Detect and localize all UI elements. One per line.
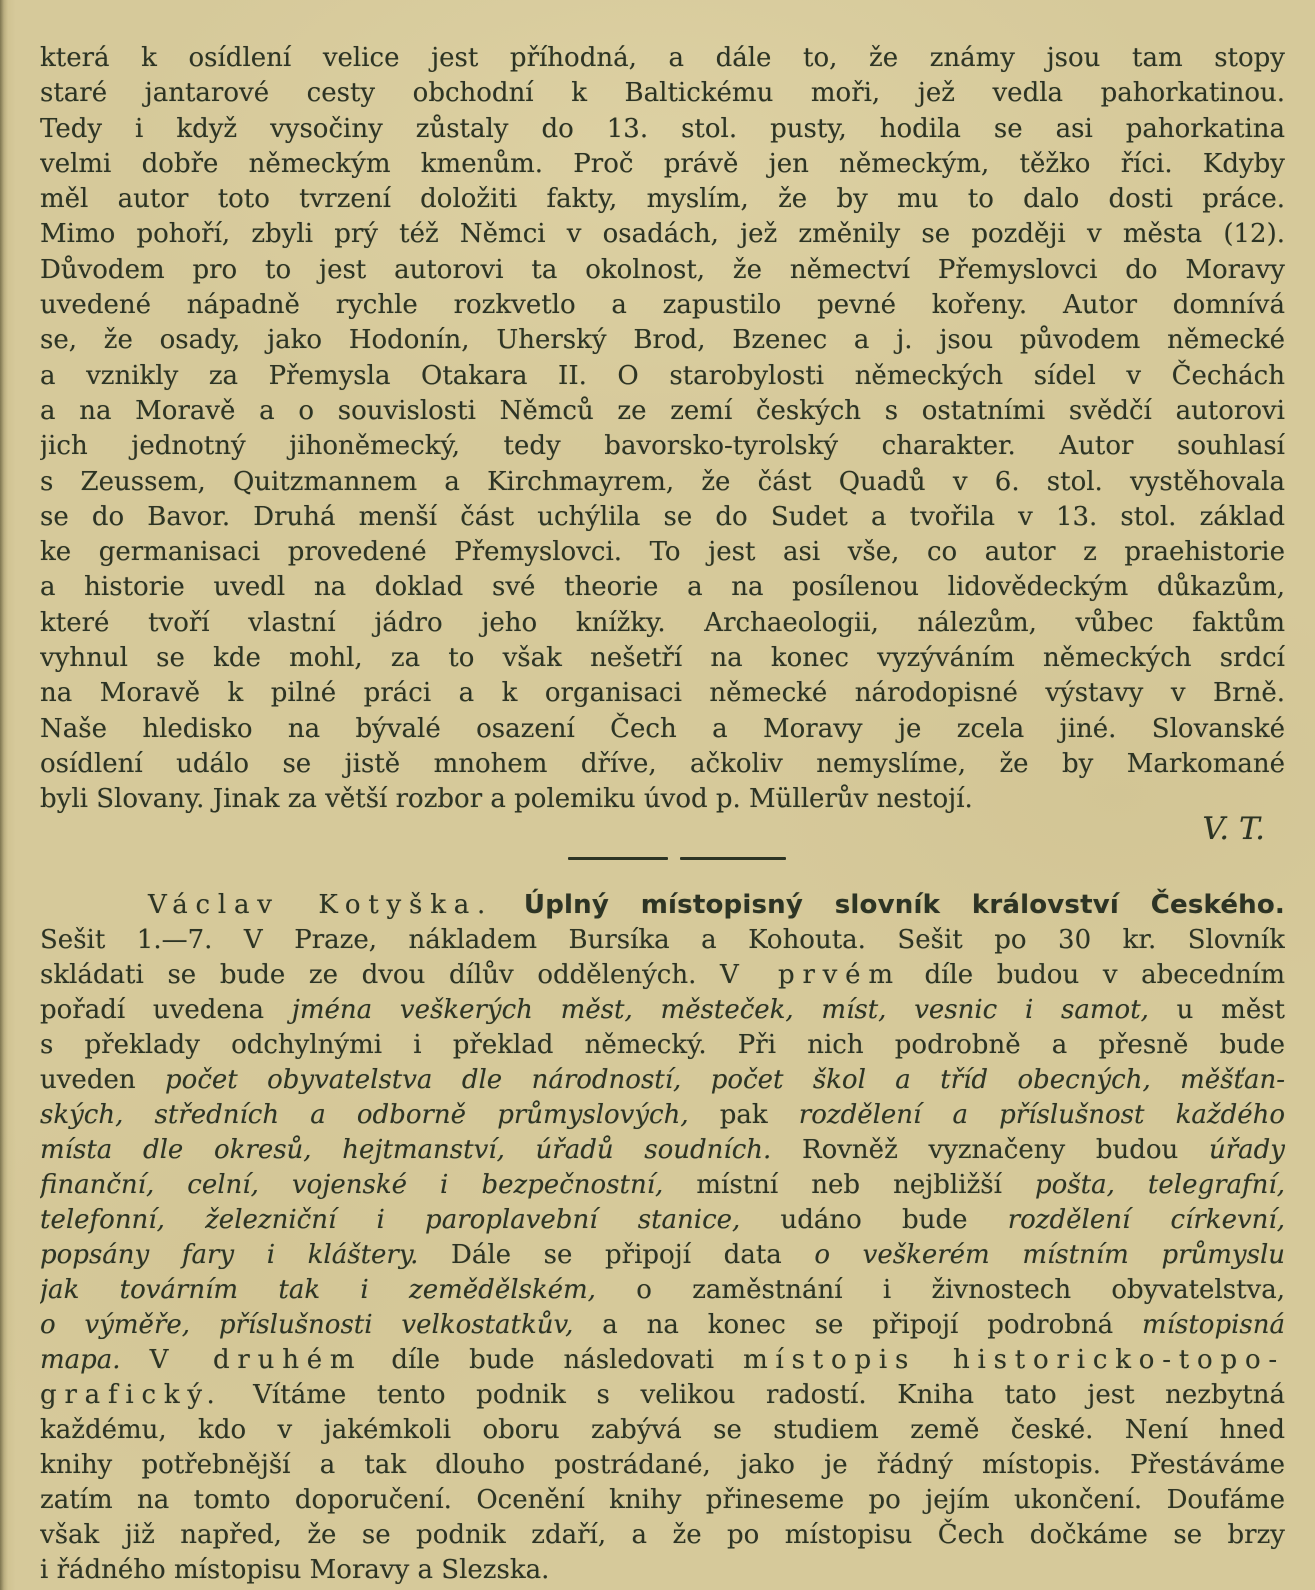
text-line: s Zeussem, Quitzmannem a Kirchmayrem, že… bbox=[40, 465, 1285, 500]
text-line: Sešit 1.—7. V Praze, nákladem Bursíka a … bbox=[40, 923, 1285, 958]
text-segment: skládati se bude ze dvou dílův oddělenýc… bbox=[40, 960, 720, 990]
italic-text-segment: rozdělení a příslušnost každého bbox=[799, 1100, 1285, 1130]
review-paragraph-vt: která k osídlení velice jest příhodná, a… bbox=[40, 41, 1285, 818]
italic-text-segment: telefonní, železniční i paroplavební sta… bbox=[40, 1205, 740, 1235]
text-segment: na Moravě k pilné práci a k organisaci n… bbox=[40, 678, 1285, 708]
review-paragraph-kotyska: Václav Kotyška. Úplný místopisný slovník… bbox=[40, 888, 1285, 1588]
text-segment: byli Slovany. Jinak za větší rozbor a po… bbox=[40, 784, 973, 814]
text-segment: které tvoří vlastní jádro jeho knížky. A… bbox=[40, 608, 1285, 638]
text-segment: Mimo pohoří, zbyli prý též Němci v osadá… bbox=[40, 219, 1285, 249]
text-line: jak továrním tak i zemědělském, o zaměst… bbox=[40, 1273, 1285, 1308]
text-line: knihy potřebnější a tak dlouho postrádan… bbox=[40, 1448, 1285, 1483]
text-line: měl autor toto tvrzení doložiti fakty, m… bbox=[40, 182, 1285, 217]
text-line: staré jantarové cesty obchodní k Baltick… bbox=[40, 76, 1285, 111]
text-segment bbox=[493, 890, 524, 920]
letterspaced-text-segment: grafický. bbox=[40, 1380, 223, 1410]
italic-text-segment: finanční, celní, vojenské i bezpečnostní… bbox=[40, 1170, 663, 1200]
text-line: i řádného místopisu Moravy a Slezska. bbox=[40, 1553, 1285, 1588]
text-segment: Vítáme tento podnik s velikou radostí. K… bbox=[223, 1380, 1285, 1410]
text-segment: Naše hledisko na bývalé osazení Čech a M… bbox=[40, 714, 1285, 744]
text-segment: knihy potřebnější a tak dlouho postrádan… bbox=[40, 1450, 1285, 1480]
italic-text-segment: místa dle okresů, hejtmanství, úřadů sou… bbox=[40, 1135, 771, 1165]
text-segment: uveden bbox=[40, 1065, 165, 1095]
letterspaced-text-segment: V prvém bbox=[720, 960, 901, 990]
text-segment: velmi dobře německým kmenům. Proč právě … bbox=[40, 149, 1285, 179]
text-line: a vznikly za Přemysla Otakara II. O star… bbox=[40, 359, 1285, 394]
section-divider bbox=[54, 846, 1299, 872]
text-line: velmi dobře německým kmenům. Proč právě … bbox=[40, 147, 1285, 182]
text-line: která k osídlení velice jest příhodná, a… bbox=[40, 41, 1285, 76]
text-line: a na Moravě a o souvislosti Němců ze zem… bbox=[40, 394, 1285, 429]
text-segment: Rovněž vyznačeny budou bbox=[771, 1135, 1209, 1165]
text-line: se do Bavor. Druhá menší část uchýlila s… bbox=[40, 500, 1285, 535]
text-line: Václav Kotyška. Úplný místopisný slovník… bbox=[40, 888, 1285, 923]
text-segment: se, že osady, jako Hodonín, Uherský Brod… bbox=[40, 325, 1285, 355]
text-segment: jich jednotný jihoněmecký, tedy bavorsko… bbox=[40, 431, 1285, 461]
text-line: osídlení událo se jistě mnohem dříve, ač… bbox=[40, 747, 1285, 782]
italic-text-segment: pošta, telegrafní, bbox=[1035, 1170, 1285, 1200]
text-segment: u měst bbox=[1149, 995, 1285, 1025]
text-line: Tedy i když vysočiny zůstaly do 13. stol… bbox=[40, 112, 1285, 147]
text-segment: s překlady odchylnými i překlad německý.… bbox=[40, 1030, 1285, 1060]
text-segment: osídlení událo se jistě mnohem dříve, ač… bbox=[40, 749, 1285, 779]
text-line: místa dle okresů, hejtmanství, úřadů sou… bbox=[40, 1133, 1285, 1168]
text-line: však již napřed, že se podnik zdaří, a ž… bbox=[40, 1518, 1285, 1553]
page-content: která k osídlení velice jest příhodná, a… bbox=[40, 41, 1285, 1588]
text-line: popsány fary i kláštery. Dále se připojí… bbox=[40, 1238, 1285, 1273]
text-line: a historie uvedl na doklad své theorie a… bbox=[40, 570, 1285, 605]
text-segment: a na Moravě a o souvislosti Němců ze zem… bbox=[40, 396, 1285, 426]
text-line: vyhnul se kde mohl, za to však nešetří n… bbox=[40, 641, 1285, 676]
text-segment: však již napřed, že se podnik zdaří, a ž… bbox=[40, 1520, 1285, 1550]
italic-text-segment: úřady bbox=[1209, 1135, 1285, 1165]
text-line: telefonní, železniční i paroplavební sta… bbox=[40, 1203, 1285, 1238]
text-line: grafický. Vítáme tento podnik s velikou … bbox=[40, 1378, 1285, 1413]
italic-text-segment: počet obyvatelstva dle národností, počet… bbox=[165, 1065, 1285, 1095]
text-line: Mimo pohoří, zbyli prý též Němci v osadá… bbox=[40, 217, 1285, 252]
italic-text-segment: popsány fary i kláštery. bbox=[40, 1240, 418, 1270]
text-line: na Moravě k pilné práci a k organisaci n… bbox=[40, 676, 1285, 711]
text-line: pořadí uvedena jména veškerých měst, měs… bbox=[40, 993, 1285, 1028]
text-line: finanční, celní, vojenské i bezpečnostní… bbox=[40, 1168, 1285, 1203]
text-line: každému, kdo v jakémkoli oboru zabývá se… bbox=[40, 1413, 1285, 1448]
text-segment: i řádného místopisu Moravy a Slezska. bbox=[40, 1555, 549, 1585]
text-segment: a na konec se připojí podrobná bbox=[573, 1310, 1142, 1340]
text-line: které tvoří vlastní jádro jeho knížky. A… bbox=[40, 606, 1285, 641]
scanned-page: která k osídlení velice jest příhodná, a… bbox=[0, 0, 1315, 1590]
text-line: zatím na tomto doporučení. Ocenění knihy… bbox=[40, 1483, 1285, 1518]
text-line: uvedené nápadně rychle rozkvetlo a zapus… bbox=[40, 288, 1285, 323]
text-segment: Tedy i když vysočiny zůstaly do 13. stol… bbox=[40, 114, 1285, 144]
text-line: Naše hledisko na bývalé osazení Čech a M… bbox=[40, 712, 1285, 747]
text-segment: udáno bude bbox=[740, 1205, 1007, 1235]
text-line: mapa. V druhém díle bude následovati mís… bbox=[40, 1343, 1285, 1378]
text-line: se, že osady, jako Hodonín, Uherský Brod… bbox=[40, 323, 1285, 358]
text-segment: se do Bavor. Druhá menší část uchýlila s… bbox=[40, 502, 1285, 532]
text-line: s překlady odchylnými i překlad německý.… bbox=[40, 1028, 1285, 1063]
text-segment: Dále se připojí data bbox=[418, 1240, 814, 1270]
text-line: ke germanisaci provedené Přemyslovci. To… bbox=[40, 535, 1285, 570]
italic-text-segment: jména veškerých měst, městeček, míst, ve… bbox=[292, 995, 1149, 1025]
text-segment: díle bude následovati bbox=[362, 1345, 743, 1375]
page-edge-shadow bbox=[0, 0, 16, 1590]
text-segment: zatím na tomto doporučení. Ocenění knihy… bbox=[40, 1485, 1285, 1515]
letterspaced-text-segment: V druhém bbox=[150, 1345, 363, 1375]
text-line: ských, středních a odborně průmyslových,… bbox=[40, 1098, 1285, 1133]
text-segment: staré jantarové cesty obchodní k Baltick… bbox=[40, 78, 1285, 108]
text-segment: uvedené nápadně rychle rozkvetlo a zapus… bbox=[40, 290, 1285, 320]
text-segment: Důvodem pro to jest autorovi ta okolnost… bbox=[40, 255, 1285, 285]
text-segment: ke germanisaci provedené Přemyslovci. To… bbox=[40, 537, 1285, 567]
text-line: uveden počet obyvatelstva dle národností… bbox=[40, 1063, 1285, 1098]
text-segment: Sešit 1.—7. V Praze, nákladem Bursíka a … bbox=[40, 925, 1285, 955]
letterspaced-text-segment: místopis historicko-topo- bbox=[743, 1345, 1285, 1375]
divider-dash bbox=[680, 857, 786, 860]
text-segment: a vznikly za Přemysla Otakara II. O star… bbox=[40, 361, 1285, 391]
text-line: jich jednotný jihoněmecký, tedy bavorsko… bbox=[40, 429, 1285, 464]
text-segment: pořadí uvedena bbox=[40, 995, 292, 1025]
letterspaced-text-segment: Václav Kotyška. bbox=[148, 890, 493, 920]
italic-text-segment: místopisná bbox=[1142, 1310, 1285, 1340]
italic-text-segment: o výměře, příslušnosti velkostatkův, bbox=[40, 1310, 573, 1340]
text-segment: pak bbox=[689, 1100, 799, 1130]
divider-dash bbox=[568, 857, 668, 860]
text-segment: a historie uvedl na doklad své theorie a… bbox=[40, 572, 1285, 602]
text-segment: každému, kdo v jakémkoli oboru zabývá se… bbox=[40, 1415, 1285, 1445]
text-segment: měl autor toto tvrzení doložiti fakty, m… bbox=[40, 184, 1285, 214]
italic-text-segment: mapa. bbox=[40, 1345, 121, 1375]
text-segment: která k osídlení velice jest příhodná, a… bbox=[40, 43, 1285, 73]
text-line: o výměře, příslušnosti velkostatkův, a n… bbox=[40, 1308, 1285, 1343]
text-segment: místní neb nejbližší bbox=[663, 1170, 1035, 1200]
text-segment bbox=[121, 1345, 150, 1375]
book-title-bold: Úplný místopisný slovník království Česk… bbox=[524, 890, 1285, 920]
text-line: Důvodem pro to jest autorovi ta okolnost… bbox=[40, 253, 1285, 288]
text-line: skládati se bude ze dvou dílův oddělenýc… bbox=[40, 958, 1285, 993]
italic-text-segment: rozdělení církevní, bbox=[1008, 1205, 1285, 1235]
text-segment: s Zeussem, Quitzmannem a Kirchmayrem, že… bbox=[40, 467, 1285, 497]
italic-text-segment: ských, středních a odborně průmyslových, bbox=[40, 1100, 689, 1130]
italic-text-segment: o veškerém místním průmyslu bbox=[814, 1240, 1285, 1270]
italic-text-segment: jak továrním tak i zemědělském, bbox=[40, 1275, 596, 1305]
text-segment: o zaměstnání i živnostech obyvatelstva, bbox=[596, 1275, 1285, 1305]
text-segment: díle budou v abecedním bbox=[901, 960, 1285, 990]
text-segment: vyhnul se kde mohl, za to však nešetří n… bbox=[40, 643, 1285, 673]
